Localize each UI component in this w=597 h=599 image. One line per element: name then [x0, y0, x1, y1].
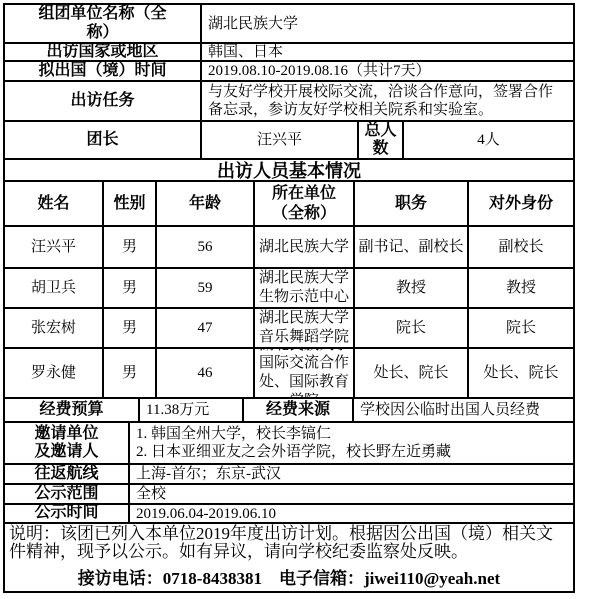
person-age: 56: [157, 227, 255, 267]
person-name: 汪兴平: [5, 227, 104, 267]
inviter-line2: 2. 日本亚细亚友之会外语学院，校长野左近勇藏: [136, 443, 567, 461]
total-count-label: 总人 数: [359, 122, 404, 158]
header-title: 职务: [355, 182, 469, 225]
table-row-leader: 团长 汪兴平 总人 数 4人: [5, 122, 573, 160]
person-gender: 男: [104, 269, 157, 307]
table-row-dates: 拟出国（境）时间 2019.08.10-2019.08.16（共计7天）: [5, 62, 573, 82]
scope-label: 公示范围: [5, 485, 130, 503]
person-age: 47: [157, 309, 255, 347]
person-external: 院长: [469, 309, 573, 347]
person-title: 院长: [355, 309, 469, 347]
person-name: 罗永健: [5, 349, 104, 397]
dates-value: 2019.08.10-2019.08.16（共计7天）: [202, 62, 573, 80]
header-org-line1: 所在单位: [255, 184, 353, 203]
note-text: 说明：该团已列入本单位2019年度出访计划。根据因公出国（境）相关文件精神，现予…: [5, 524, 573, 562]
table-row-scope: 公示范围 全校: [5, 485, 573, 505]
leader-name: 汪兴平: [202, 122, 359, 158]
table-row-section-title: 出访人员基本情况: [5, 160, 573, 182]
table-row-countries: 出访国家或地区 韩国、日本: [5, 44, 573, 62]
org-name-label: 组团单位名称（全 称）: [5, 5, 202, 42]
personnel-header-row: 姓名 性别 年龄 所在单位 （全称） 职务 对外身份: [5, 182, 573, 227]
person-gender: 男: [104, 349, 157, 397]
contact-line: 接访电话：0718-8438381 电子信箱：jiwei110@yeah.net: [5, 564, 573, 589]
total-count-label-line2: 数: [359, 140, 402, 158]
inviter-label-line1: 邀请单位: [5, 425, 128, 443]
person-org: 湖北民族大学: [255, 227, 355, 267]
personnel-row: 汪兴平 男 56 湖北民族大学 副书记、副校长 副校长: [5, 227, 573, 269]
person-age: 46: [157, 349, 255, 397]
period-value: 2019.06.04-2019.06.10: [130, 505, 573, 522]
countries-value: 韩国、日本: [202, 44, 573, 60]
person-title: 教授: [355, 269, 469, 307]
header-org: 所在单位 （全称）: [255, 182, 355, 225]
period-label: 公示时间: [5, 505, 130, 522]
header-name: 姓名: [5, 182, 104, 225]
mission-label: 出访任务: [5, 82, 202, 120]
person-gender: 男: [104, 227, 157, 267]
total-count-value: 4人: [404, 122, 573, 158]
personnel-row: 张宏树 男 47 湖北民族大学音乐舞蹈学院 院长 院长: [5, 309, 573, 349]
header-gender: 性别: [104, 182, 157, 225]
table-row-inviter: 邀请单位 及邀请人 1. 韩国全州大学，校长李镐仁 2. 日本亚细亚友之会外语学…: [5, 423, 573, 465]
person-external: 副校长: [469, 227, 573, 267]
personnel-row: 罗永健 男 46 湖北民族大学国际交流合作处、国际教育学院 处长、院长 处长、院…: [5, 349, 573, 399]
org-name-value: 湖北民族大学: [202, 5, 573, 42]
person-external: 教授: [469, 269, 573, 307]
table-row-org-name: 组团单位名称（全 称） 湖北民族大学: [5, 5, 573, 44]
inviter-value: 1. 韩国全州大学，校长李镐仁 2. 日本亚细亚友之会外语学院，校长野左近勇藏: [130, 423, 573, 463]
header-age: 年龄: [157, 182, 255, 225]
person-title: 处长、院长: [355, 349, 469, 397]
inviter-label: 邀请单位 及邀请人: [5, 423, 130, 463]
person-name: 张宏树: [5, 309, 104, 347]
announcement-page: 组团单位名称（全 称） 湖北民族大学 出访国家或地区 韩国、日本 拟出国（境）时…: [0, 0, 597, 599]
table-row-route: 往返航线 上海-首尔；东京-武汉: [5, 465, 573, 485]
person-org: 湖北民族大学音乐舞蹈学院: [255, 309, 355, 347]
budget-label: 经费预算: [5, 399, 140, 421]
funding-source-label: 经费来源: [244, 399, 354, 421]
inviter-label-line2: 及邀请人: [5, 443, 128, 461]
person-org: 湖北民族大学生物示范中心: [255, 269, 355, 307]
person-age: 59: [157, 269, 255, 307]
route-label: 往返航线: [5, 465, 130, 483]
budget-value: 11.38万元: [140, 399, 244, 421]
section-title: 出访人员基本情况: [5, 160, 573, 180]
header-external: 对外身份: [469, 182, 573, 225]
person-title: 副书记、副校长: [355, 227, 469, 267]
person-org: 湖北民族大学国际交流合作处、国际教育学院: [255, 349, 355, 397]
table-row-budget: 经费预算 11.38万元 经费来源 学校因公临时出国人员经费: [5, 399, 573, 423]
note-cell: 说明：该团已列入本单位2019年度出访计划。根据因公出国（境）相关文件精神，现予…: [5, 524, 573, 595]
person-name: 胡卫兵: [5, 269, 104, 307]
table-row-note: 说明：该团已列入本单位2019年度出访计划。根据因公出国（境）相关文件精神，现予…: [5, 524, 573, 595]
table-row-period: 公示时间 2019.06.04-2019.06.10: [5, 505, 573, 524]
org-name-label-line2: 称）: [5, 24, 200, 42]
announcement-table: 组团单位名称（全 称） 湖北民族大学 出访国家或地区 韩国、日本 拟出国（境）时…: [3, 3, 575, 593]
personnel-row: 胡卫兵 男 59 湖北民族大学生物示范中心 教授 教授: [5, 269, 573, 309]
org-name-label-line1: 组团单位名称（全: [5, 5, 200, 23]
total-count-label-line1: 总人: [359, 122, 402, 140]
person-external: 处长、院长: [469, 349, 573, 397]
funding-source-value: 学校因公临时出国人员经费: [354, 399, 573, 421]
inviter-line1: 1. 韩国全州大学，校长李镐仁: [136, 425, 567, 443]
scope-value: 全校: [130, 485, 573, 503]
mission-value: 与友好学校开展校际交流，洽谈合作意向，签署合作备忘录，参访友好学校相关院系和实验…: [202, 82, 573, 120]
leader-label: 团长: [5, 122, 202, 158]
table-row-mission: 出访任务 与友好学校开展校际交流，洽谈合作意向，签署合作备忘录，参访友好学校相关…: [5, 82, 573, 122]
countries-label: 出访国家或地区: [5, 44, 202, 60]
route-value: 上海-首尔；东京-武汉: [130, 465, 573, 483]
person-gender: 男: [104, 309, 157, 347]
header-org-line2: （全称）: [255, 204, 353, 223]
dates-label: 拟出国（境）时间: [5, 62, 202, 80]
